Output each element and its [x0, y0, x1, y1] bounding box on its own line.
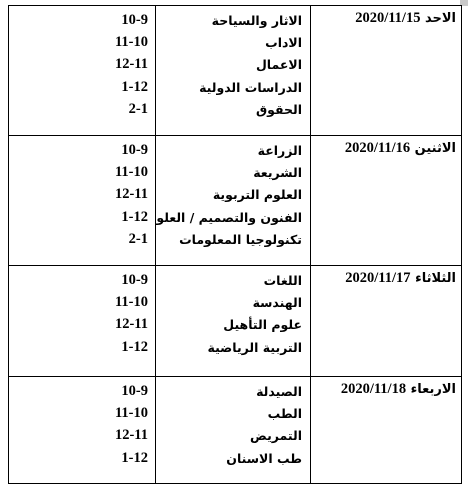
- day-block-tuesday: الثلاثاء 2020/11/17 اللغات الهندسة علوم …: [9, 266, 462, 377]
- date-cell: الاربعاء 2020/11/18: [311, 377, 462, 484]
- faculty-name: الاعمال: [158, 54, 302, 76]
- time-slot: 1-12: [11, 448, 148, 470]
- faculty-name: تكنولوجيا المعلومات: [158, 229, 302, 251]
- time-slot: 10-9: [11, 381, 148, 403]
- schedule-page: الاحد 2020/11/15 الاثار والسياحة الاداب …: [0, 0, 468, 495]
- faculty-name: الاثار والسياحة: [158, 10, 302, 32]
- faculty-cell: الاثار والسياحة الاداب الاعمال الدراسات …: [156, 6, 311, 136]
- faculty-cell: اللغات الهندسة علوم التأهيل التربية الري…: [156, 266, 311, 377]
- time-slot: 12-11: [11, 54, 148, 76]
- day-name: الاربعاء: [411, 382, 456, 397]
- faculty-name: اللغات: [158, 270, 302, 292]
- faculty-name: التربية الرياضية: [158, 337, 302, 359]
- time-slot: 10-9: [11, 140, 148, 162]
- faculty-name: الحقوق: [158, 99, 302, 121]
- time-slot: 11-10: [11, 162, 148, 184]
- faculty-name: طب الاسنان: [158, 448, 302, 470]
- day-block-sunday: الاحد 2020/11/15 الاثار والسياحة الاداب …: [9, 6, 462, 136]
- day-block-wednesday: الاربعاء 2020/11/18 الصيدلة الطب التمريض…: [9, 377, 462, 484]
- time-slot: 12-11: [11, 184, 148, 206]
- faculty-cell: الزراعة الشريعة العلوم التربوية الفنون و…: [156, 136, 311, 266]
- faculty-name: الصيدلة: [158, 381, 302, 403]
- time-slot: 1-12: [11, 207, 148, 229]
- exam-schedule-table: الاحد 2020/11/15 الاثار والسياحة الاداب …: [8, 5, 462, 484]
- time-slot: 11-10: [11, 32, 148, 54]
- time-cell: 10-9 11-10 12-11 1-12 2-1: [9, 6, 156, 136]
- faculty-name: التمريض: [158, 425, 302, 447]
- faculty-name: الشريعة: [158, 162, 302, 184]
- faculty-name: الدراسات الدولية: [158, 77, 302, 99]
- time-slot: 11-10: [11, 292, 148, 314]
- time-slot: 12-11: [11, 425, 148, 447]
- time-slot: 1-12: [11, 77, 148, 99]
- faculty-name: الاداب: [158, 32, 302, 54]
- time-slot: 12-11: [11, 314, 148, 336]
- time-cell: 10-9 11-10 12-11 1-12 2-1: [9, 136, 156, 266]
- day-block-monday: الاثنين 2020/11/16 الزراعة الشريعة العلو…: [9, 136, 462, 266]
- time-slot: 11-10: [11, 403, 148, 425]
- faculty-cell: الصيدلة الطب التمريض طب الاسنان: [156, 377, 311, 484]
- date-value: 2020/11/16: [345, 140, 410, 156]
- time-cell: 10-9 11-10 12-11 1-12: [9, 377, 156, 484]
- date-value: 2020/11/17: [345, 270, 410, 286]
- faculty-name: الفنون والتصميم / العلوم: [158, 207, 302, 229]
- date-cell: الثلاثاء 2020/11/17: [311, 266, 462, 377]
- faculty-name: الطب: [158, 403, 302, 425]
- time-slot: 10-9: [11, 10, 148, 32]
- day-name: الاثنين: [415, 141, 456, 156]
- date-value: 2020/11/18: [341, 381, 406, 397]
- date-value: 2020/11/15: [355, 10, 420, 26]
- time-slot: 2-1: [11, 99, 148, 121]
- faculty-name: علوم التأهيل: [158, 314, 302, 336]
- faculty-name: العلوم التربوية: [158, 184, 302, 206]
- date-cell: الاثنين 2020/11/16: [311, 136, 462, 266]
- time-slot: 2-1: [11, 229, 148, 251]
- faculty-name: الهندسة: [158, 292, 302, 314]
- date-cell: الاحد 2020/11/15: [311, 6, 462, 136]
- faculty-name: الزراعة: [158, 140, 302, 162]
- day-name: الاحد: [425, 11, 456, 26]
- time-cell: 10-9 11-10 12-11 1-12: [9, 266, 156, 377]
- time-slot: 1-12: [11, 337, 148, 359]
- day-name: الثلاثاء: [415, 271, 456, 286]
- time-slot: 10-9: [11, 270, 148, 292]
